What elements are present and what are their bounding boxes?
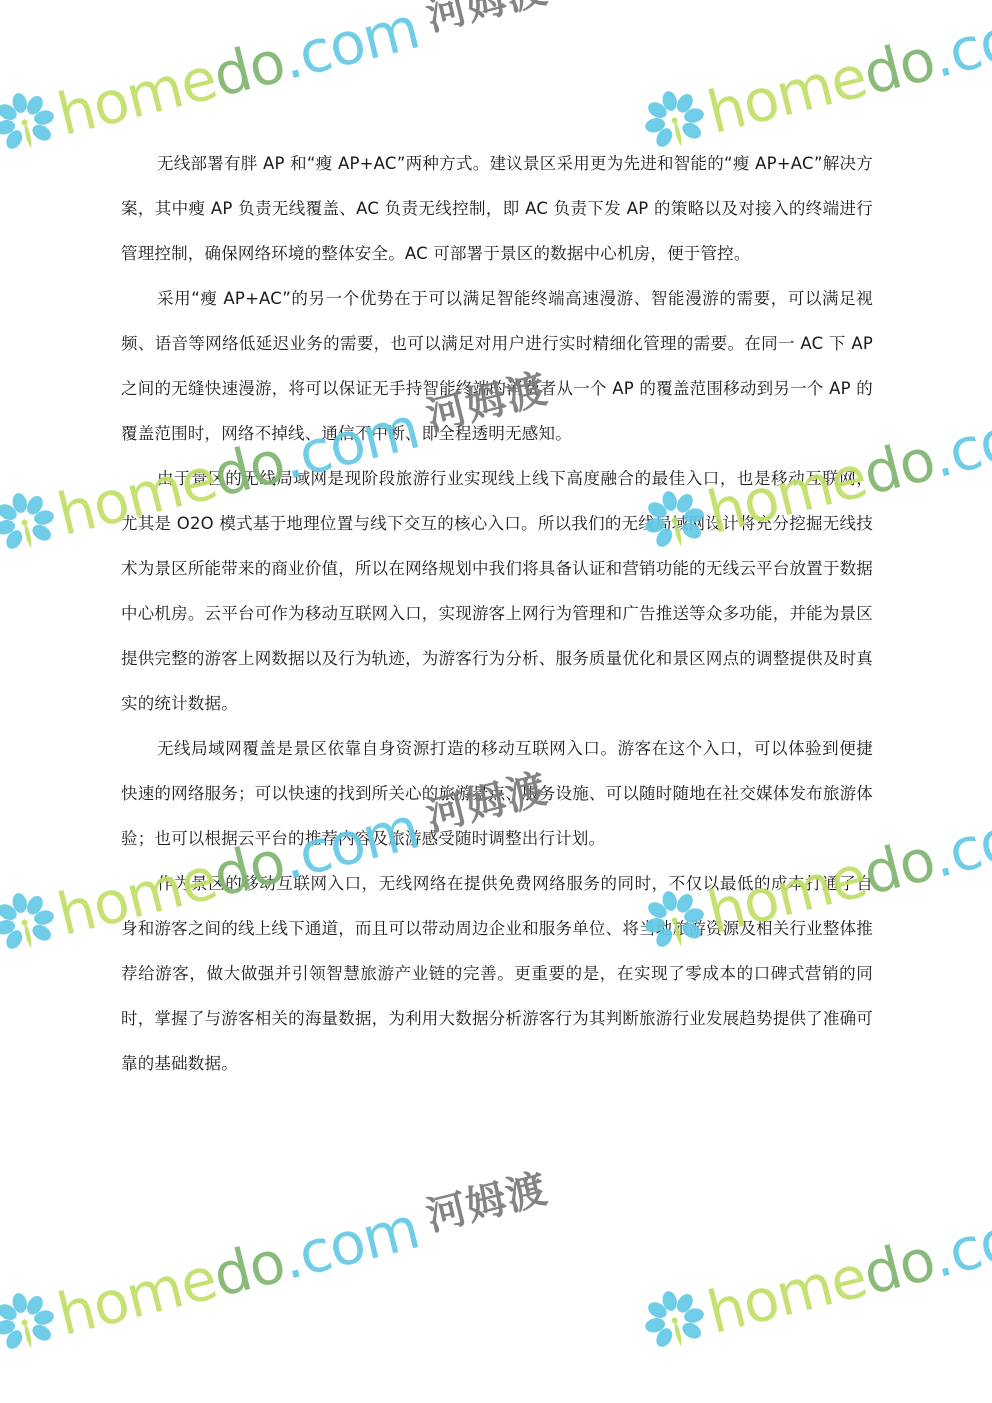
- flower-logo-icon: [0, 1285, 62, 1360]
- watermark-text-chinese: 河姆渡: [420, 0, 553, 46]
- document-body: 无线部署有胖 AP 和“瘦 AP+AC”两种方式。建议景区采用更为先进和智能的“…: [121, 141, 873, 1086]
- flower-logo-icon: [0, 885, 62, 960]
- watermark-text-home: home: [702, 1247, 872, 1342]
- watermark-text-com: .com: [926, 0, 992, 86]
- watermark-top-left: homedo.com河姆渡: [0, 0, 555, 160]
- watermark-text-com: .com: [926, 1196, 992, 1286]
- watermark-text-home: home: [702, 47, 872, 142]
- watermark-top-right: homedo.com: [637, 0, 992, 158]
- watermark-text-do: do: [858, 30, 940, 103]
- watermark-text-do: do: [208, 1232, 290, 1305]
- flower-logo-icon: [0, 85, 62, 160]
- paragraph-mobile-internet-entry: 作为景区的移动互联网入口，无线网络在提供免费网络服务的同时，不仅以最低的成本打通…: [121, 861, 873, 1086]
- flower-logo-icon: [0, 485, 62, 560]
- watermark-text-home: home: [52, 1249, 222, 1344]
- watermark-text-com: .com: [926, 796, 992, 886]
- flower-logo-icon: [637, 1283, 712, 1358]
- watermark-text-do: do: [208, 32, 290, 105]
- watermark-text-com: .com: [926, 396, 992, 486]
- watermark-text-com: .com: [276, 1198, 424, 1288]
- watermark-bottom-right: homedo.com: [637, 1193, 992, 1358]
- paragraph-roaming-advantage: 采用“瘦 AP+AC”的另一个优势在于可以满足智能终端高速漫游、智能漫游的需要，…: [121, 276, 873, 456]
- watermark-text-chinese: 河姆渡: [420, 1160, 553, 1246]
- paragraph-wlan-coverage: 无线局域网覆盖是景区依靠自身资源打造的移动互联网入口。游客在这个入口，可以体验到…: [121, 726, 873, 861]
- paragraph-wlan-entry: 由于景区的无线局域网是现阶段旅游行业实现线上线下高度融合的最佳入口，也是移动互联…: [121, 456, 873, 726]
- watermark-text-home: home: [52, 49, 222, 144]
- paragraph-thin-ap-ac: 无线部署有胖 AP 和“瘦 AP+AC”两种方式。建议景区采用更为先进和智能的“…: [121, 141, 873, 276]
- watermark-text-do: do: [858, 1230, 940, 1303]
- watermark-bottom-left: homedo.com河姆渡: [0, 1160, 555, 1360]
- watermark-text-com: .com: [276, 0, 424, 88]
- document-page: 无线部署有胖 AP 和“瘦 AP+AC”两种方式。建议景区采用更为先进和智能的“…: [0, 0, 992, 1403]
